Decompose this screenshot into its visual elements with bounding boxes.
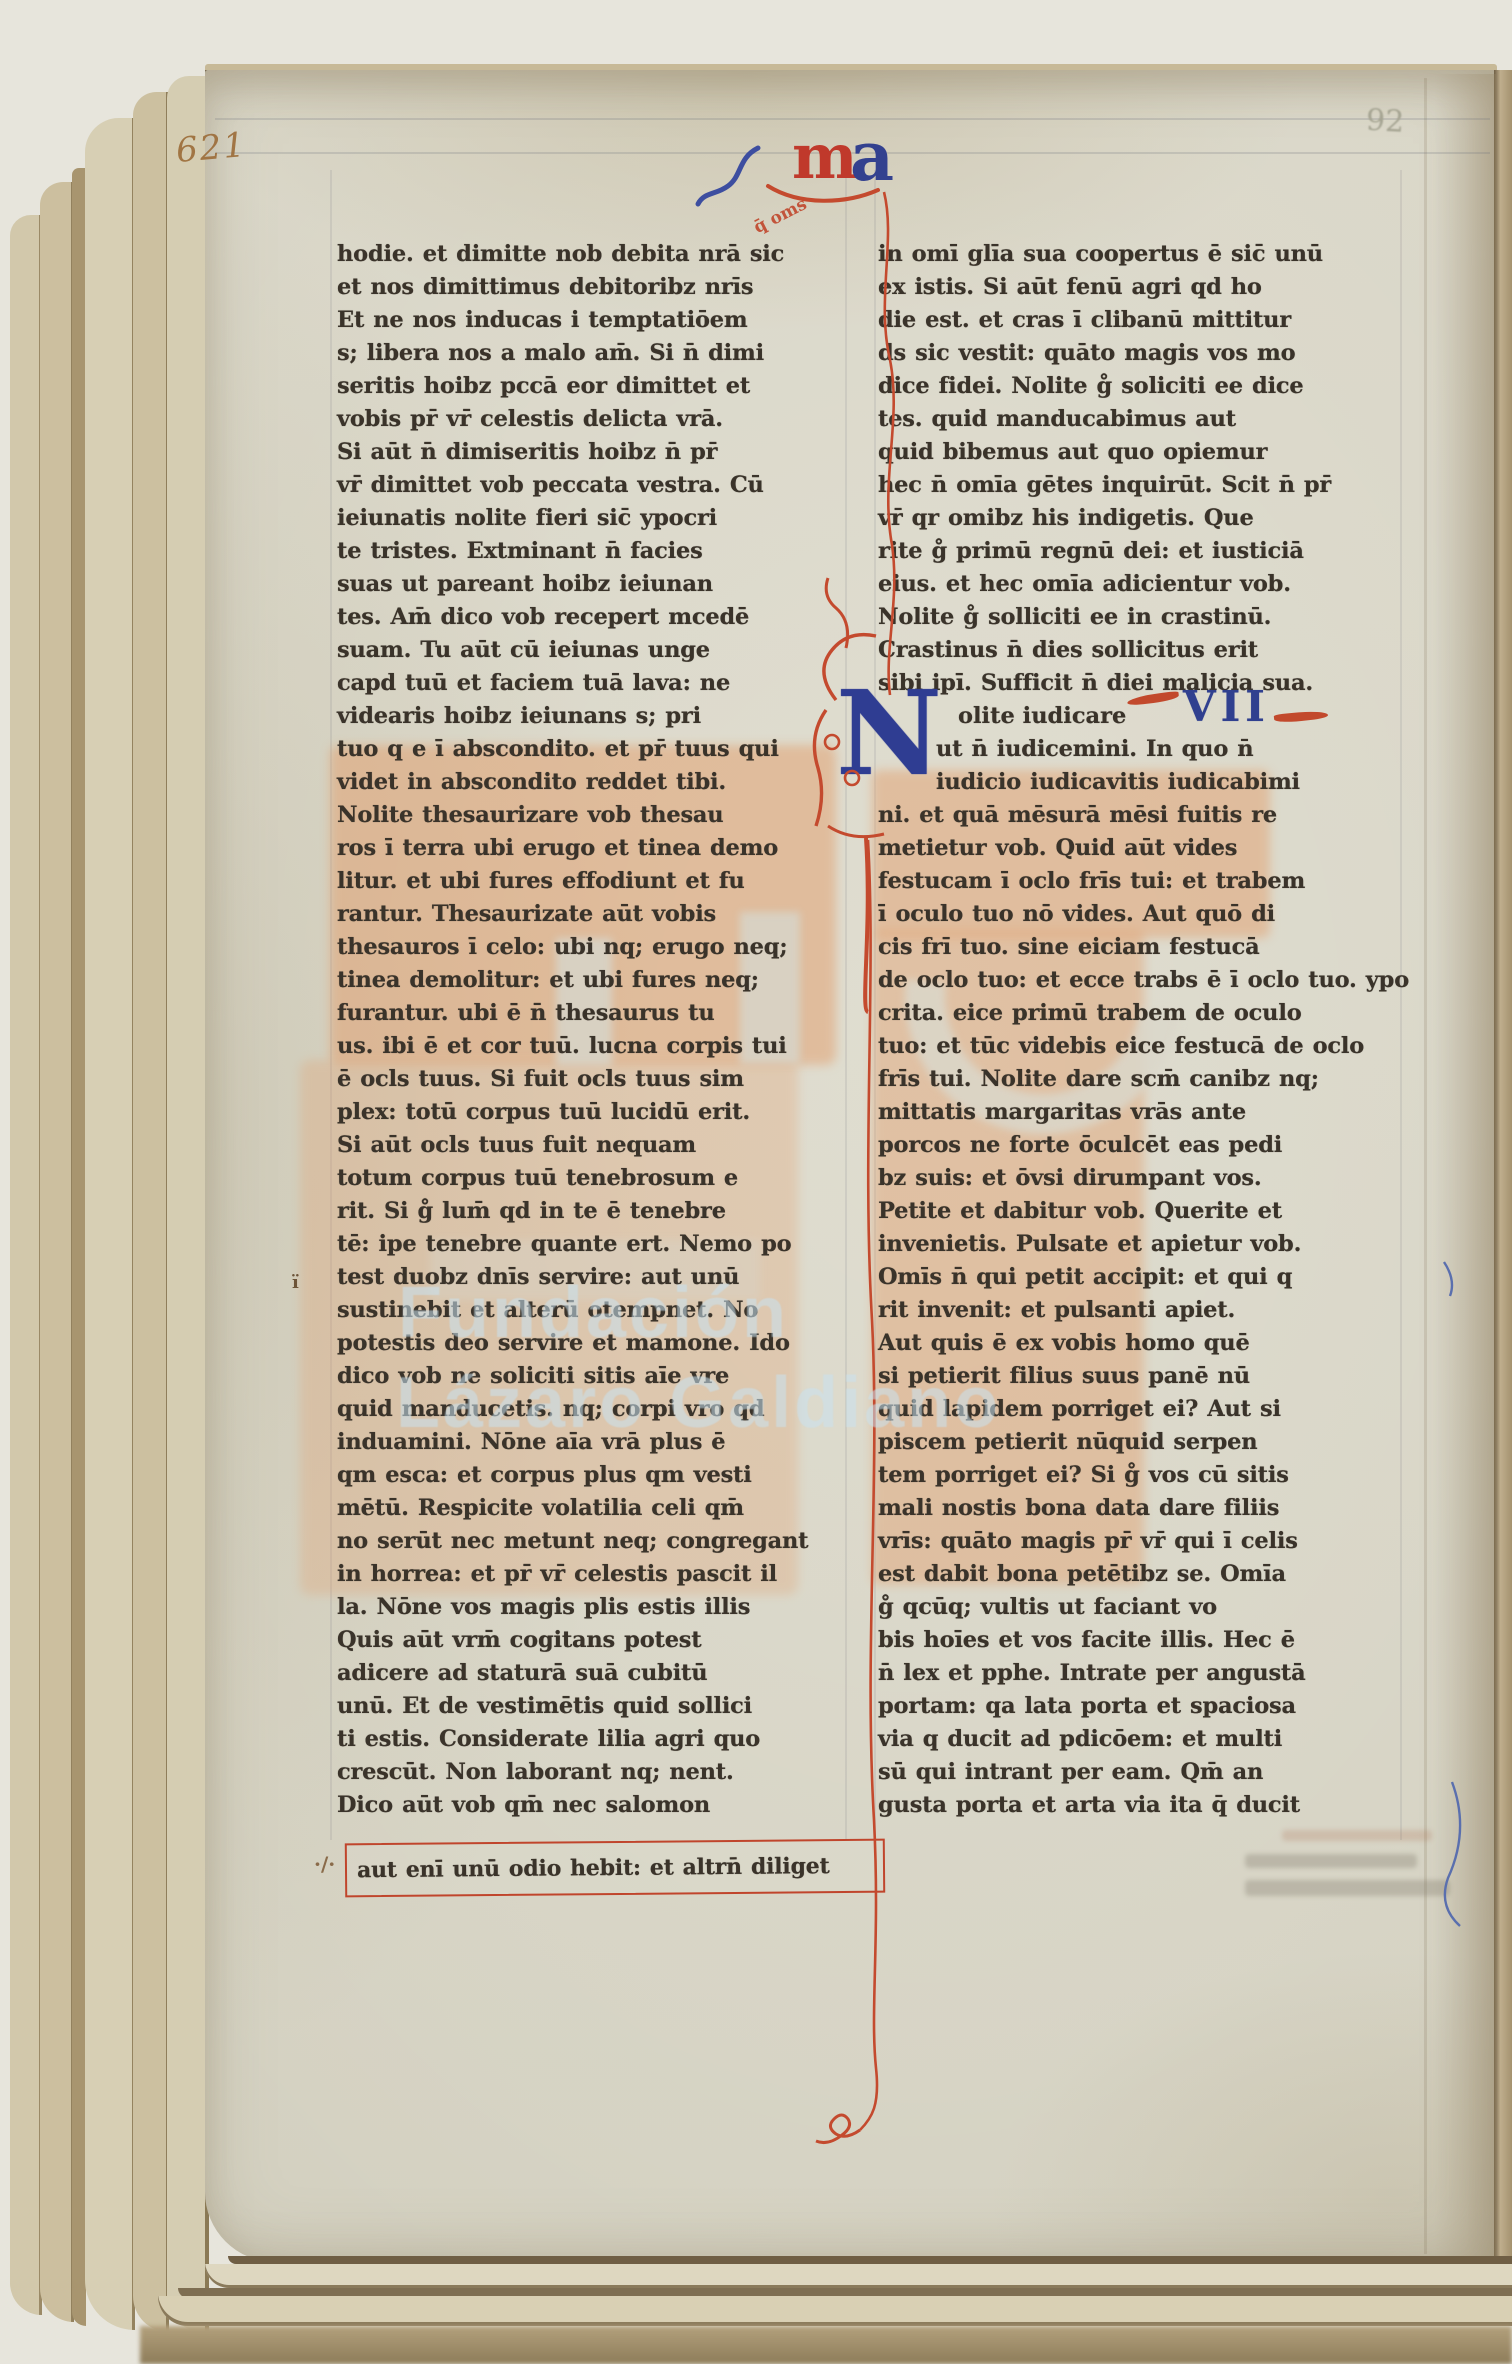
initial-filigree-dot — [845, 771, 859, 785]
gutter-penwork-line-lower — [860, 840, 877, 2130]
penwork-end-spiral — [816, 2115, 860, 2143]
initial-tail-thick — [865, 838, 868, 1012]
blue-edge-mark — [1444, 1262, 1452, 1296]
initial-filigree-dot — [825, 735, 839, 749]
header-letter-A: a — [850, 117, 894, 197]
initial-filigree — [814, 710, 826, 826]
blue-edge-mark — [1445, 1782, 1460, 1926]
watermark-line2: Lázaro Galdiano — [396, 1362, 1001, 1444]
penwork-overlay: m a — [0, 0, 1512, 2364]
watermark-line1: Fundación — [398, 1272, 789, 1354]
header-letter-M: m — [792, 120, 858, 193]
initial-filigree — [824, 635, 876, 700]
manuscript-photo: hodie. et dimitte nob debita nrā sicet n… — [0, 0, 1512, 2364]
initial-filigree — [828, 826, 884, 837]
header-blue-flourish — [698, 148, 758, 204]
gutter-penwork-line-upper — [884, 192, 894, 695]
